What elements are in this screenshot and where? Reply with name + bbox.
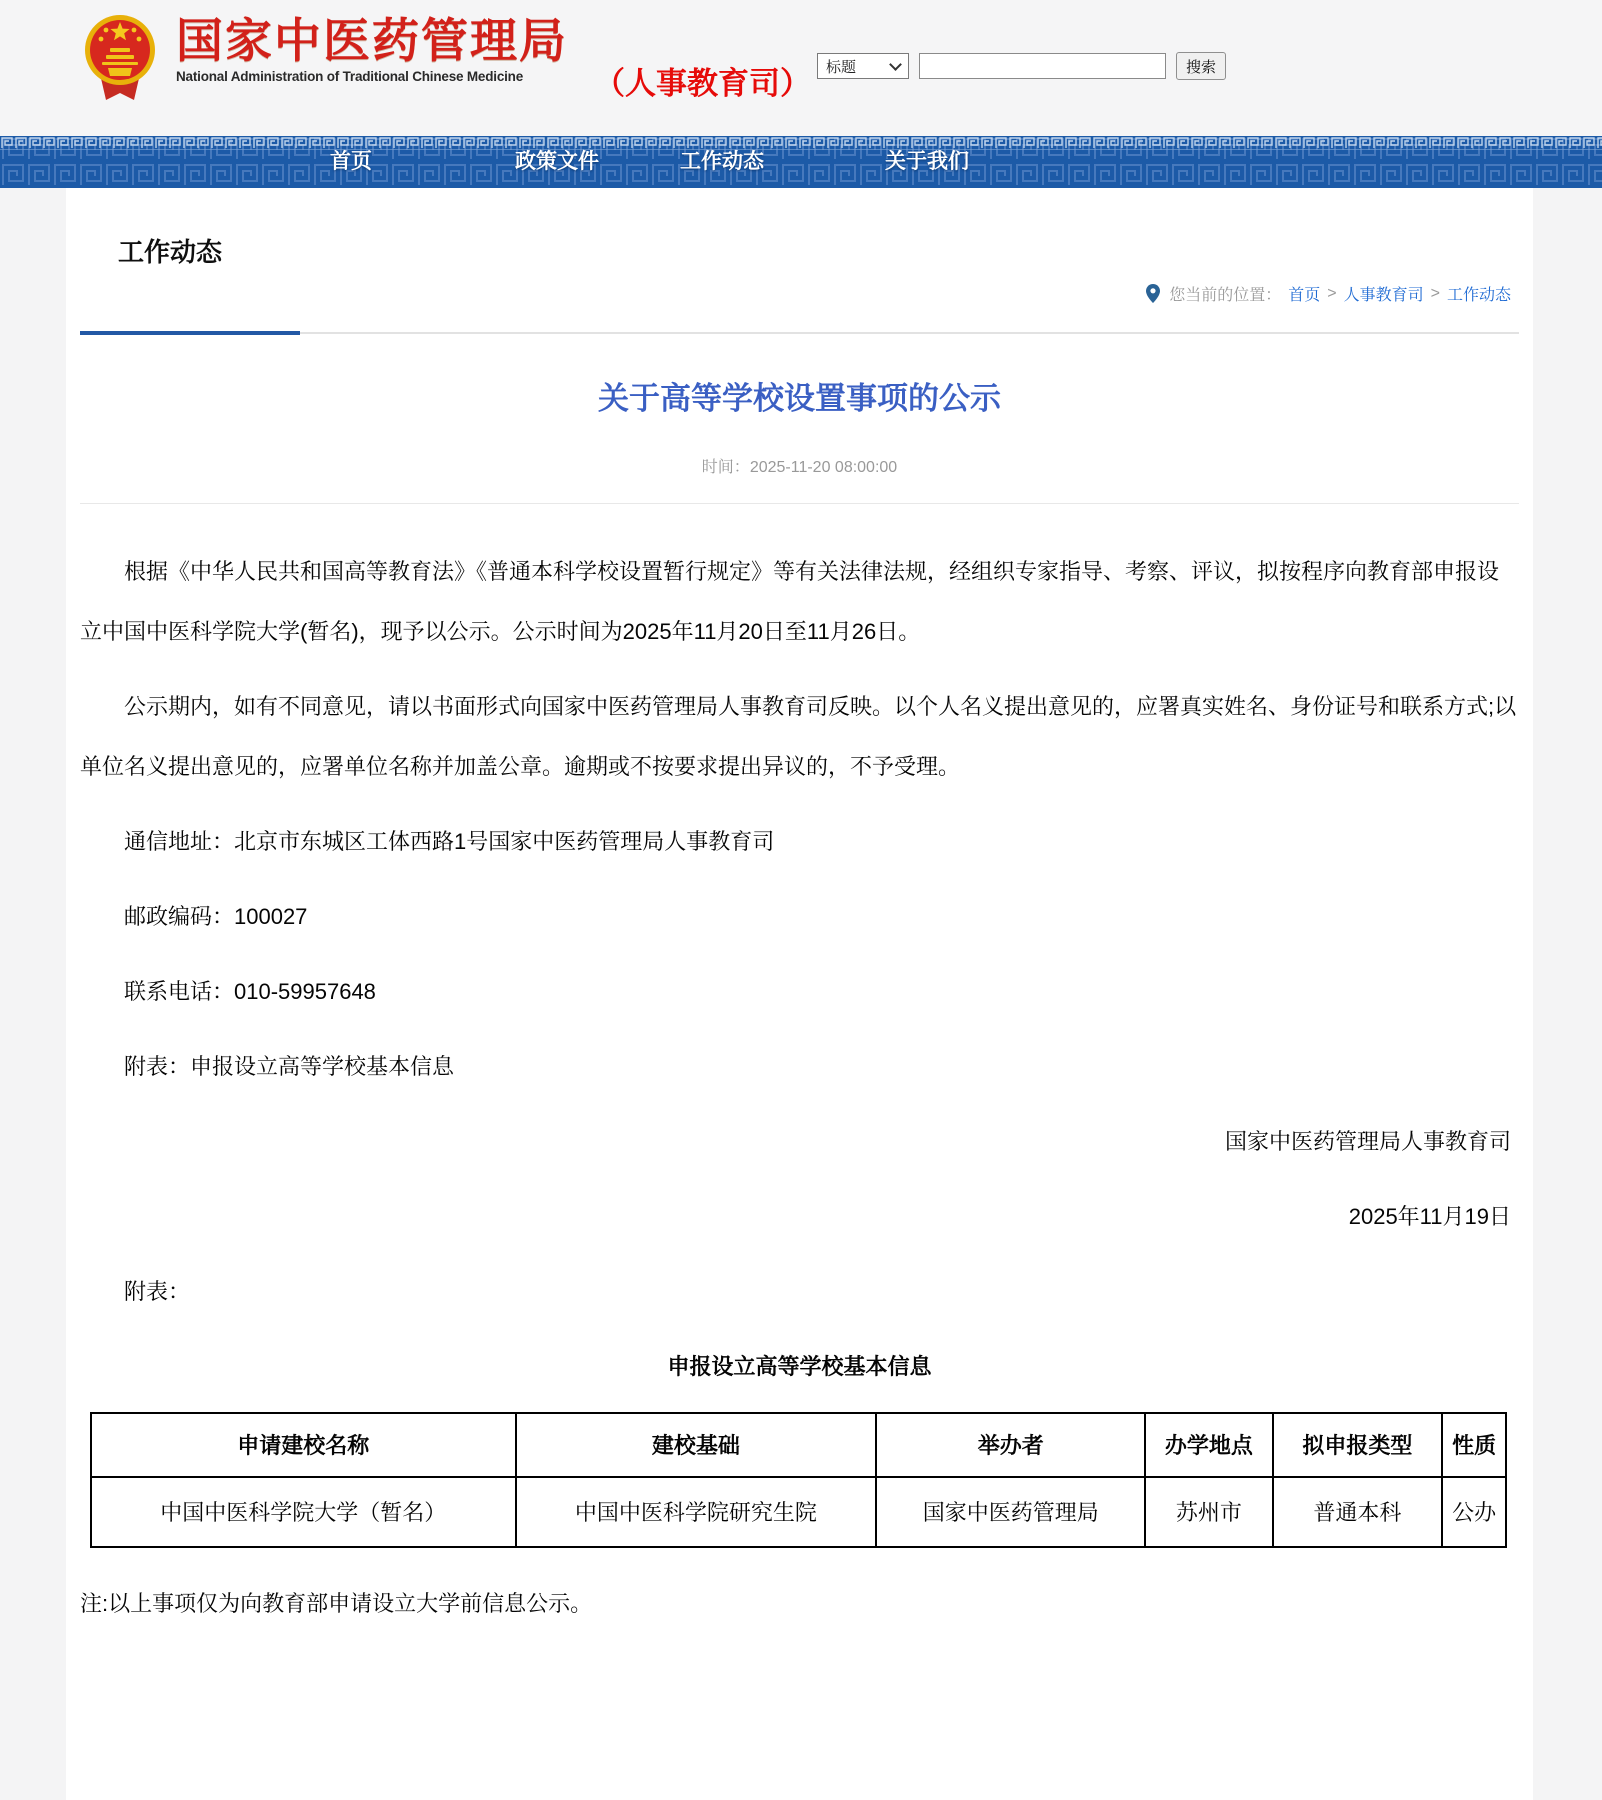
article-body: 根据《中华人民共和国高等教育法》《普通本科学校设置暂行规定》等有关法律法规，经组… (80, 504, 1519, 1634)
breadcrumb-link-work-updates[interactable]: 工作动态 (1447, 282, 1511, 305)
search-bar: 标题 搜索 (817, 52, 1226, 80)
site-title: 国家中医药管理局 (176, 16, 568, 65)
school-info-table: 申请建校名称 建校基础 举办者 办学地点 拟申报类型 性质 中国中医科学院大学（… (90, 1412, 1507, 1548)
breadcrumb-link-home[interactable]: 首页 (1288, 282, 1320, 305)
nav-items: 首页 政策文件 工作动态 关于我们 (0, 136, 1602, 188)
table-header-row: 申请建校名称 建校基础 举办者 办学地点 拟申报类型 性质 (91, 1413, 1506, 1477)
nav-item-home[interactable]: 首页 (330, 136, 372, 188)
paragraph-postal-code: 邮政编码：100027 (80, 887, 1519, 947)
breadcrumb-link-department[interactable]: 人事教育司 (1344, 282, 1424, 305)
nav-item-about-us[interactable]: 关于我们 (885, 136, 969, 188)
paragraph-objection-process: 公示期内，如有不同意见，请以书面形式向国家中医药管理局人事教育司反映。以个人名义… (80, 677, 1519, 797)
section-underline (80, 331, 1519, 335)
page: 国家中医药管理局 National Administration of Trad… (0, 0, 1602, 1800)
signature-date: 2025年11月19日 (80, 1187, 1519, 1247)
content-card: 工作动态 您当前的位置： 首页 > 人事教育司 > 工作动态 关于高等学校设置事… (66, 188, 1533, 1800)
signature-organization: 国家中医药管理局人事教育司 (80, 1112, 1519, 1172)
breadcrumb-separator: > (1327, 285, 1336, 303)
search-button[interactable]: 搜索 (1176, 52, 1226, 80)
header-school-name: 申请建校名称 (91, 1413, 516, 1477)
main-nav: 首页 政策文件 工作动态 关于我们 (0, 136, 1602, 188)
article-title: 关于高等学校设置事项的公示 (80, 377, 1519, 422)
site-subtitle-en: National Administration of Traditional C… (176, 69, 568, 84)
breadcrumb: 您当前的位置： 首页 > 人事教育司 > 工作动态 (1146, 282, 1511, 305)
search-field-select[interactable]: 标题 (817, 53, 909, 79)
header-nature: 性质 (1442, 1413, 1506, 1477)
chevron-down-icon (889, 58, 902, 71)
header-organizer: 举办者 (876, 1413, 1145, 1477)
attachment-label: 附表： (80, 1262, 1519, 1322)
underline-gray-segment (300, 332, 1519, 334)
section-header: 工作动态 您当前的位置： 首页 > 人事教育司 > 工作动态 (80, 188, 1519, 335)
time-label: 时间： (702, 459, 750, 476)
search-input[interactable] (919, 53, 1166, 79)
table-title: 申报设立高等学校基本信息 (80, 1337, 1519, 1397)
footnote: 注:以上事项仅为向教育部申请设立大学前信息公示。 (80, 1574, 1519, 1634)
underline-blue-segment (80, 331, 300, 335)
search-field-selected-label: 标题 (826, 56, 856, 77)
cell-nature: 公办 (1442, 1477, 1506, 1547)
nav-item-work-updates[interactable]: 工作动态 (680, 136, 764, 188)
header-founding-basis: 建校基础 (516, 1413, 877, 1477)
cell-founding-basis: 中国中医科学院研究生院 (516, 1477, 877, 1547)
nav-item-policy-documents[interactable]: 政策文件 (515, 136, 599, 188)
cell-school-name: 中国中医科学院大学（暂名） (91, 1477, 516, 1547)
announcement-article: 关于高等学校设置事项的公示 时间：2025-11-20 08:00:00 根据《… (80, 335, 1519, 1634)
breadcrumb-prefix: 您当前的位置： (1169, 282, 1281, 305)
cell-location: 苏州市 (1145, 1477, 1272, 1547)
article-meta: 时间：2025-11-20 08:00:00 (80, 454, 1519, 504)
paragraph-legal-basis: 根据《中华人民共和国高等教育法》《普通本科学校设置暂行规定》等有关法律法规，经组… (80, 542, 1519, 662)
national-emblem-logo (84, 8, 156, 104)
paragraph-mailing-address: 通信地址：北京市东城区工体西路1号国家中医药管理局人事教育司 (80, 812, 1519, 872)
cell-organizer: 国家中医药管理局 (876, 1477, 1145, 1547)
time-value: 2025-11-20 08:00:00 (750, 459, 897, 476)
brand-text: 国家中医药管理局 National Administration of Trad… (176, 8, 568, 84)
location-pin-icon (1146, 284, 1160, 303)
header-application-type: 拟申报类型 (1273, 1413, 1443, 1477)
brand: 国家中医药管理局 National Administration of Trad… (84, 8, 811, 104)
paragraph-phone: 联系电话：010-59957648 (80, 962, 1519, 1022)
department-name: （人事教育司） (594, 58, 811, 103)
cell-application-type: 普通本科 (1273, 1477, 1443, 1547)
breadcrumb-separator: > (1431, 285, 1440, 303)
paragraph-attachment-ref: 附表：申报设立高等学校基本信息 (80, 1037, 1519, 1097)
site-header: 国家中医药管理局 National Administration of Trad… (0, 0, 1602, 136)
table-row: 中国中医科学院大学（暂名） 中国中医科学院研究生院 国家中医药管理局 苏州市 普… (91, 1477, 1506, 1547)
section-title: 工作动态 (118, 232, 222, 269)
header-location: 办学地点 (1145, 1413, 1272, 1477)
